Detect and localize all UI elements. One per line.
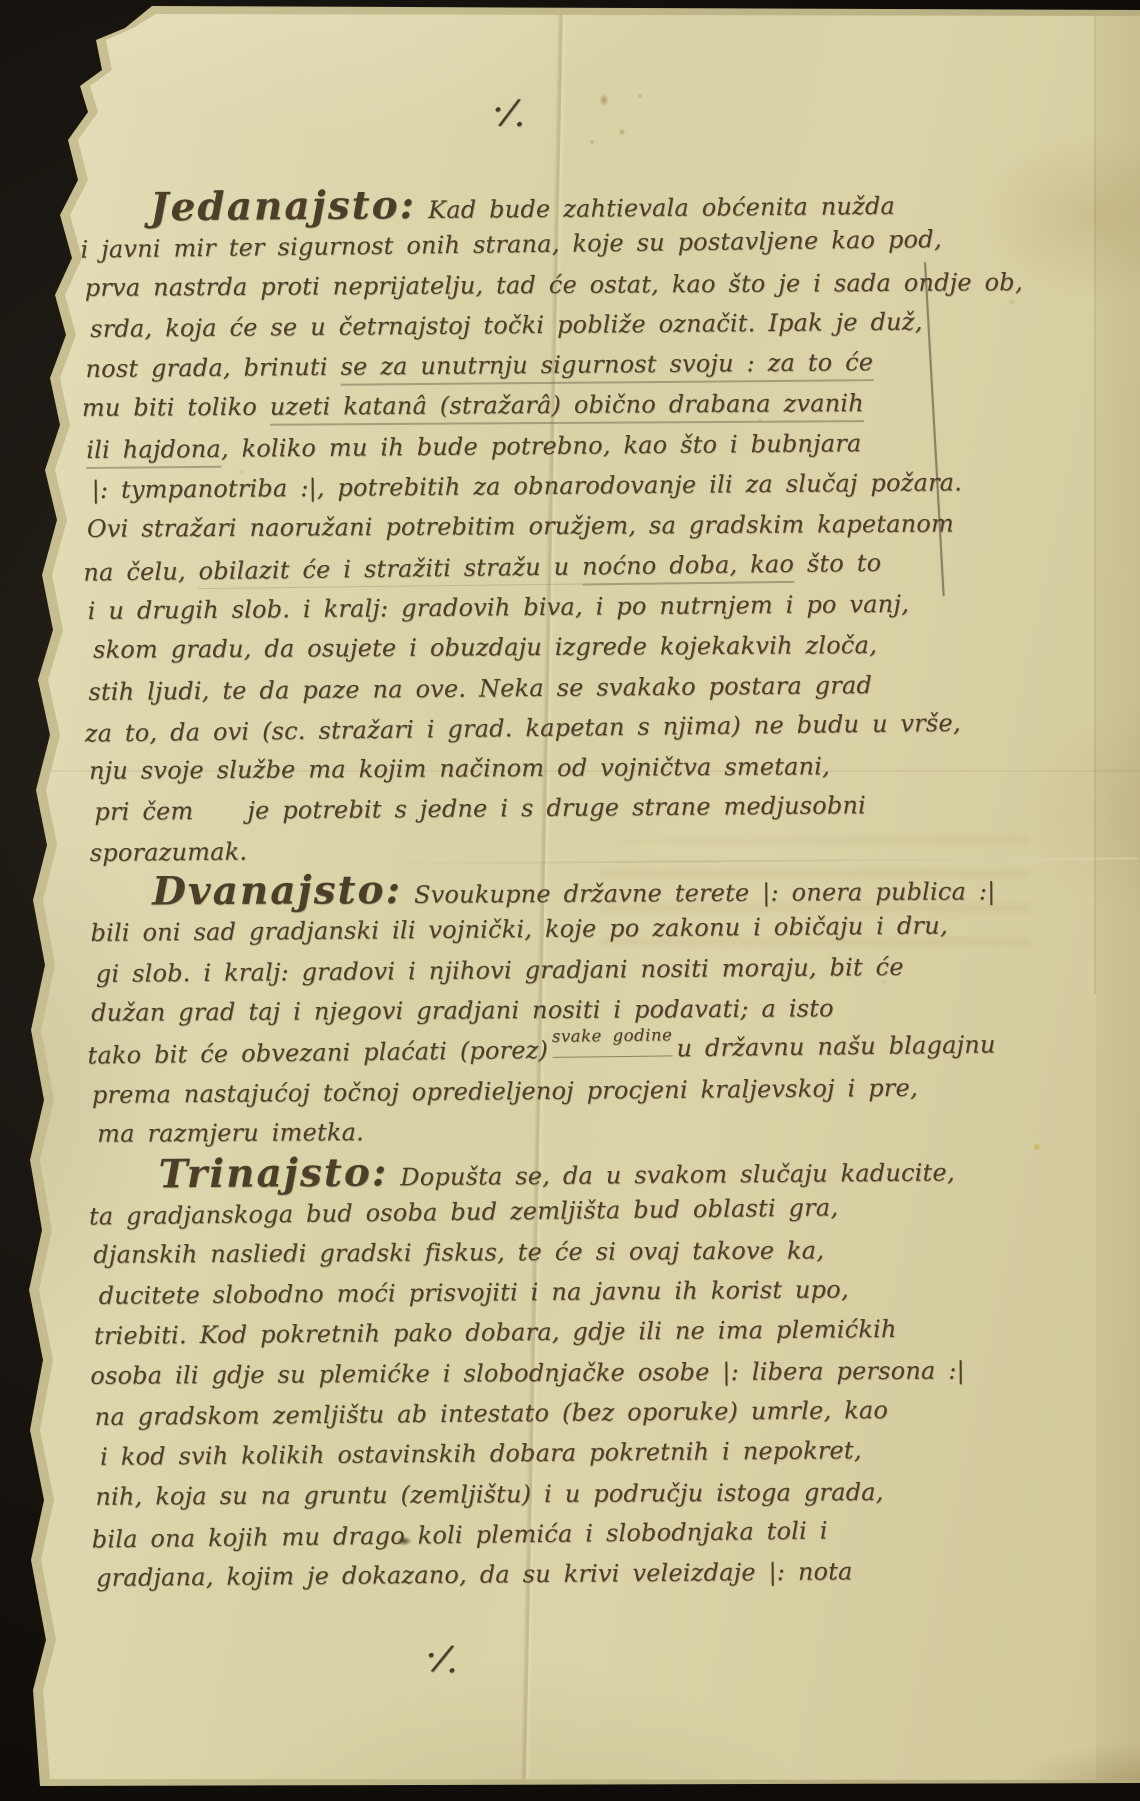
manuscript-page: ·/. Jedanajsto:Kad bude zahtievala obćen… bbox=[0, 0, 1140, 1801]
text-line: sporazumak. bbox=[90, 825, 970, 873]
text-segment: sporazumak. bbox=[90, 837, 248, 866]
text-segment: nost grada, brinuti bbox=[85, 353, 340, 383]
text-segment: prema nastajućoj točnoj opredieljenoj pr… bbox=[92, 1073, 918, 1108]
text-line: prva nastrda proti neprijatelju, tad će … bbox=[85, 262, 965, 308]
text-segment: svake godine bbox=[552, 1016, 673, 1059]
text-segment: Kad bude zahtievala obćenita nužda bbox=[428, 192, 895, 224]
text-segment: gi slob. i kralj: gradovi i njihovi grad… bbox=[96, 953, 904, 988]
section-heading: Jedanajsto: bbox=[150, 182, 428, 230]
text-line: Dvanajsto:Svoukupne državne terete |: on… bbox=[86, 866, 970, 912]
text-segment: ili hajdona bbox=[86, 435, 221, 469]
text-segment: prva nastrda proti neprijatelju, tad će … bbox=[85, 268, 1023, 302]
text-segment: što to bbox=[794, 548, 882, 577]
text-line: i kod svih kolikih ostavinskih dobara po… bbox=[100, 1429, 975, 1477]
text-line: pri čemje potrebit s jedne i s druge str… bbox=[94, 785, 969, 833]
text-segment: srda, koja će se u četrnajstoj točki pob… bbox=[90, 308, 922, 343]
text-segment: , koliko mu ih bude potrebno, kao što i … bbox=[221, 429, 862, 463]
page-mark-top: ·/. bbox=[489, 89, 531, 135]
text-segment: za to, da ovi (sc. stražari i grad. kape… bbox=[85, 709, 961, 748]
text-line: triebiti. Kod pokretnih pako dobara, gdj… bbox=[94, 1309, 974, 1357]
text-segment: na gradskom zemljištu ab intestato (bez … bbox=[95, 1396, 889, 1431]
text-segment: i javni mir ter sigurnost onih strana, k… bbox=[80, 225, 941, 264]
text-line: ma razmjeru imetka. bbox=[97, 1108, 972, 1154]
text-line: gi slob. i kralj: gradovi i njihovi grad… bbox=[96, 946, 971, 994]
manuscript-photo: ·/. Jedanajsto:Kad bude zahtievala obćen… bbox=[0, 0, 1140, 1801]
text-line: nju svoje službe ma kojim načinom od voj… bbox=[89, 746, 969, 792]
text-segment: stih ljudi, te da paze na ove. Neka se s… bbox=[88, 671, 872, 706]
text-segment: ma razmjeru imetka. bbox=[97, 1118, 364, 1148]
text-segment: osoba ili gdje su plemićke i slobodnjačk… bbox=[90, 1356, 965, 1389]
right-edge-shading bbox=[1096, 14, 1140, 1780]
text-segment: |: tympanotriba :|, potrebitih za obnaro… bbox=[92, 468, 963, 504]
text-segment: na čelu, bbox=[83, 557, 199, 586]
text-segment: uzeti katanâ (stražarâ) obično drabana z… bbox=[270, 390, 864, 427]
text-segment: Ovi stražari naoružani potrebitim oružje… bbox=[87, 510, 954, 543]
section-heading: Dvanajsto: bbox=[152, 867, 414, 915]
text-segment: djanskih nasliedi gradski fiskus, te će … bbox=[93, 1236, 824, 1268]
text-segment: Svoukupne državne terete |: onera public… bbox=[414, 877, 996, 909]
text-line: skom gradu, da osujete i obuzdaju izgred… bbox=[93, 625, 968, 671]
text-segment: je potrebit s jedne i s druge strane med… bbox=[247, 792, 866, 825]
text-segment: obilazit će i stražiti stražu u bbox=[198, 552, 582, 589]
text-segment: gradjana, kojim je dokazano, da su krivi… bbox=[96, 1557, 853, 1592]
text-segment: ta gradjanskoga bud osoba bud zemljišta … bbox=[89, 1194, 838, 1231]
text-segment: tako bit će obvezani plaćati (porez) bbox=[87, 1036, 548, 1070]
section-heading: Trinajsto: bbox=[158, 1149, 400, 1197]
text-segment: triebiti. Kod pokretnih pako dobara, gdj… bbox=[94, 1315, 897, 1350]
text-segment: nih, koja su na gruntu (zemljištu) i u p… bbox=[95, 1477, 883, 1510]
text-segment: dužan grad taj i njegovi gradjani nositi… bbox=[91, 994, 834, 1027]
text-line: osoba ili gdje su plemićke i slobodnjačk… bbox=[90, 1350, 974, 1396]
text-segment: i kod svih kolikih ostavinskih dobara po… bbox=[100, 1436, 862, 1471]
text-segment: noćno doba, kao bbox=[582, 550, 794, 586]
handwritten-text: Jedanajsto:Kad bude zahtievala obćenita … bbox=[84, 180, 976, 1598]
text-segment: u državnu našu blagajnu bbox=[676, 1031, 995, 1063]
text-line: mu biti toliko uzeti katanâ (stražarâ) o… bbox=[82, 383, 966, 429]
text-segment: bili oni sad gradjanski ili vojnički, ko… bbox=[90, 912, 947, 947]
text-line: |: tympanotriba :|, potrebitih za obnaro… bbox=[91, 462, 966, 510]
text-line: djanskih nasliedi gradski fiskus, te će … bbox=[93, 1229, 973, 1275]
text-segment: se za unutrnju sigurnost svoju : za to ć… bbox=[340, 348, 873, 386]
text-segment: skom gradu, da osujete i obuzdaju izgred… bbox=[93, 631, 877, 664]
text-segment: pri čem bbox=[94, 798, 193, 827]
text-segment: mu biti toliko bbox=[82, 393, 270, 422]
page-mark-bottom: ·/. bbox=[421, 1635, 464, 1682]
text-segment: bila ona kojih mu drago koli plemića i s… bbox=[92, 1516, 828, 1553]
text-segment: nju svoje službe ma kojim načinom od voj… bbox=[89, 752, 830, 785]
text-segment: i u drugih slob. i kralj: gradovih biva,… bbox=[88, 590, 909, 625]
text-line: nost grada, brinuti se za unutrnju sigur… bbox=[85, 342, 965, 390]
text-segment: ducitete slobodno moći prisvojiti i na j… bbox=[99, 1275, 849, 1310]
